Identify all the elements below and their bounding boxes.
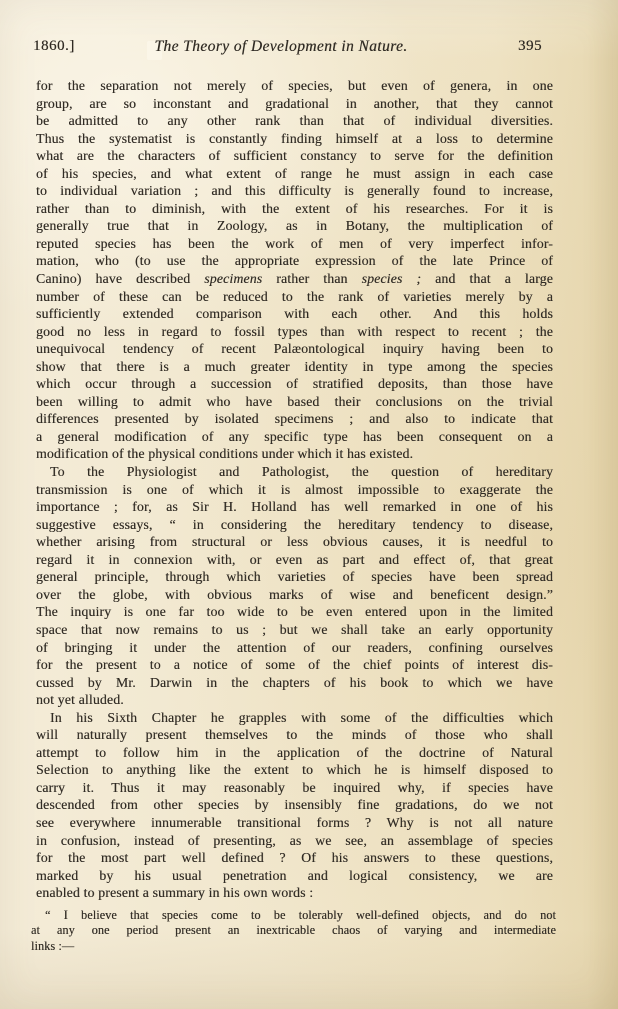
text-line: In his Sixth Chapter he grapples with so… xyxy=(36,709,553,727)
text-line: “ I believe that species come to be tole… xyxy=(31,908,556,924)
text-line: which occur through a succession of stra… xyxy=(36,375,553,393)
paragraph: “ I believe that species come to be tole… xyxy=(31,908,556,955)
text-line: for the present to a notice of some of t… xyxy=(36,656,553,674)
text-line: for the most part well defined ? Of his … xyxy=(36,849,553,867)
text-line: rather than to diminish, with the extent… xyxy=(36,200,553,218)
text-line: to individual variation ; and this diffi… xyxy=(36,182,553,200)
text-line: carry it. Thus it may reasonably be inqu… xyxy=(36,779,553,797)
text-line: unequivocal tendency of recent Palæontol… xyxy=(36,340,553,358)
text-line: will naturally present themselves to the… xyxy=(36,726,553,744)
paragraph: for the separation not merely of species… xyxy=(36,77,553,463)
text-line: Thus the systematist is constantly findi… xyxy=(36,130,553,148)
scanned-page: 1860.] The Theory of Development in Natu… xyxy=(0,0,618,1009)
paragraph: To the Physiologist and Pathologist, the… xyxy=(36,463,553,709)
text-line: be admitted to any other rank than that … xyxy=(36,112,553,130)
text-line: cussed by Mr. Darwin in the chapters of … xyxy=(36,674,553,692)
text-line: for the separation not merely of species… xyxy=(36,77,553,95)
text-line: The inquiry is one far too wide to be ev… xyxy=(36,603,553,621)
text-line: of bringing it under the attention of ou… xyxy=(36,639,553,657)
text-line: generally true that in Zoology, as in Bo… xyxy=(36,217,553,235)
header-date-label: 1860.] xyxy=(33,38,75,55)
text-line: enabled to present a summary in his own … xyxy=(36,884,553,902)
text-line: at any one period present an inextricabl… xyxy=(31,923,556,939)
text-line: over the globe, with obvious marks of wi… xyxy=(36,586,553,604)
text-line: suggestive essays, “ in considering the … xyxy=(36,516,553,534)
text-line: show that there is a much greater identi… xyxy=(36,358,553,376)
text-line: of his species, and what extent of range… xyxy=(36,165,553,183)
text-line: regard it in connexion with, or even as … xyxy=(36,551,553,569)
text-line: transmission is one of which it is almos… xyxy=(36,481,553,499)
text-line: importance ; for, as Sir H. Holland has … xyxy=(36,498,553,516)
text-line: attempt to follow him in the application… xyxy=(36,744,553,762)
text-line: Canino) have described specimens rather … xyxy=(36,270,553,288)
text-line: descended from other species by insensib… xyxy=(36,796,553,814)
text-line: general principle, through which varieti… xyxy=(36,568,553,586)
page-header-title: The Theory of Development in Nature. xyxy=(0,38,562,56)
text-line: not yet alluded. xyxy=(36,691,553,709)
text-line: To the Physiologist and Pathologist, the… xyxy=(36,463,553,481)
text-line: group, are so inconstant and gradational… xyxy=(36,95,553,113)
text-line: sufficiently extended comparison with ea… xyxy=(36,305,553,323)
paragraph: In his Sixth Chapter he grapples with so… xyxy=(36,709,553,902)
text-line: mation, who (to use the appropriate expr… xyxy=(36,252,553,270)
running-head: 1860.] The Theory of Development in Natu… xyxy=(0,38,618,60)
text-line: marked by his usual penetration and logi… xyxy=(36,867,553,885)
article-body: for the separation not merely of species… xyxy=(36,77,553,955)
page-number: 395 xyxy=(518,38,542,55)
text-line: links :— xyxy=(31,939,556,955)
text-line: differences presented by isolated specim… xyxy=(36,410,553,428)
text-line: space that now remains to us ; but we sh… xyxy=(36,621,553,639)
text-line: what are the characters of sufficient co… xyxy=(36,147,553,165)
text-line: a general modification of any specific t… xyxy=(36,428,553,446)
text-line: modification of the physical conditions … xyxy=(36,445,553,463)
text-line: whether arising from structural or less … xyxy=(36,533,553,551)
text-line: number of these can be reduced to the ra… xyxy=(36,288,553,306)
text-line: been willing to admit who have based the… xyxy=(36,393,553,411)
text-line: in confusion, instead of presenting, as … xyxy=(36,832,553,850)
text-line: good no less in regard to fossil types t… xyxy=(36,323,553,341)
text-line: Selection to anything like the extent to… xyxy=(36,761,553,779)
text-line: reputed species has been the work of men… xyxy=(36,235,553,253)
text-line: see everywhere innumerable transitional … xyxy=(36,814,553,832)
